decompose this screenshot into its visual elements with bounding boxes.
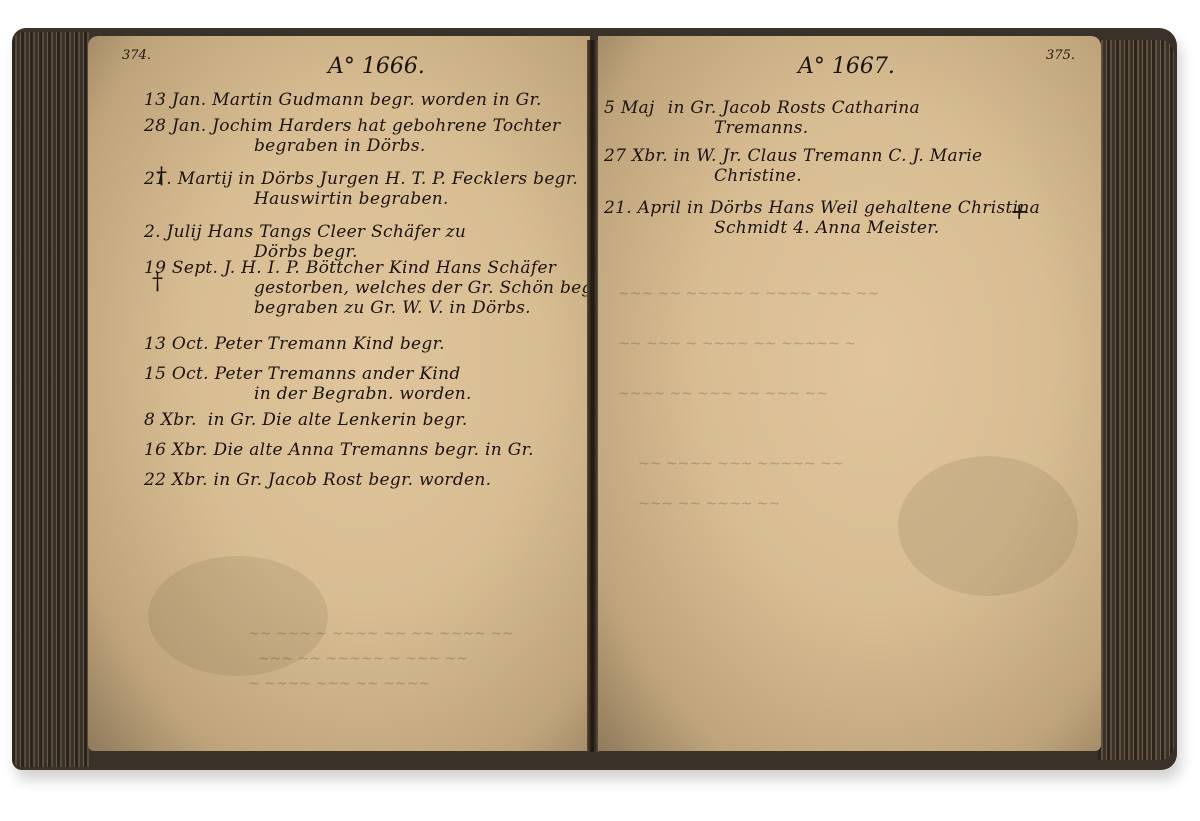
right-page-edges: [1098, 40, 1174, 760]
faded-bleed-through-text: ~~~ ~~ ~~~~ ~~: [638, 496, 780, 512]
entry-date: 2. Julij: [144, 222, 202, 242]
faded-bleed-through-text: ~~~~ ~~ ~~~ ~~ ~~~ ~~: [618, 386, 828, 402]
entry-date: 27 Xbr.: [604, 146, 668, 166]
entry-text: in Gr. Die alte Lenkerin begr.: [208, 410, 468, 430]
paper-stain: [898, 456, 1078, 596]
entry-continuation: begraben in Dörbs.: [144, 136, 560, 156]
register-entry: 2. Julij Hans Tangs Cleer Schäfer zu Dör…: [144, 222, 466, 262]
entry-continuation: begraben zu Gr. W. V. in Dörbs.: [144, 298, 590, 318]
faded-bleed-through-text: ~ ~~~~ ~~~ ~~ ~~~~: [248, 676, 430, 692]
entry-text: Peter Tremanns ander Kind: [215, 364, 461, 384]
register-entry: 16 Xbr. Die alte Anna Tremanns begr. in …: [144, 440, 534, 460]
entry-date: 21. Martij: [144, 169, 233, 189]
register-entry: 13 Oct. Peter Tremann Kind begr.: [144, 334, 445, 354]
register-entry: 15 Oct. Peter Tremanns ander Kind in der…: [144, 364, 472, 404]
entry-text: J. H. I. P. Böttcher Kind Hans Schäfer: [224, 258, 556, 278]
register-entry: 8 Xbr. in Gr. Die alte Lenkerin begr.: [144, 410, 468, 430]
entry-text: in Gr. Jacob Rost begr. worden.: [214, 470, 492, 490]
entry-date: 28 Jan.: [144, 116, 206, 136]
entry-text: Peter Tremann Kind begr.: [215, 334, 445, 354]
faded-bleed-through-text: ~~ ~~~ ~ ~~~~ ~~ ~~ ~~~~ ~~: [248, 626, 514, 642]
entry-date: 13 Oct.: [144, 334, 209, 354]
faded-bleed-through-text: ~~~ ~~ ~~~~~ ~ ~~~ ~~: [258, 651, 468, 667]
entry-continuation: gestorben, welches der Gr. Schön begr.,: [144, 278, 590, 298]
entry-date: 5 Maj: [604, 98, 662, 118]
entry-date: 19 Sept.: [144, 258, 218, 278]
left-page: 374. A° 1666. 13 Jan. Martin Gudmann beg…: [88, 36, 590, 751]
register-entry: 22 Xbr. in Gr. Jacob Rost begr. worden.: [144, 470, 491, 490]
entry-text: in W. Jr. Claus Tremann C. J. Marie: [674, 146, 983, 166]
entry-date: 16 Xbr.: [144, 440, 208, 460]
entry-text: Hans Tangs Cleer Schäfer zu: [208, 222, 466, 242]
entry-continuation: Hauswirtin begraben.: [144, 189, 578, 209]
register-entry: 28 Jan. Jochim Harders hat gebohrene Toc…: [144, 116, 560, 156]
faded-bleed-through-text: ~~ ~~~~ ~~~ ~~~~~ ~~: [638, 456, 844, 472]
entry-text: Die alte Anna Tremanns begr. in Gr.: [214, 440, 534, 460]
page-number: 375.: [1046, 48, 1075, 63]
entry-date: 8 Xbr.: [144, 410, 202, 430]
right-page: 375. A° 1667. 5 Maj in Gr. Jacob Rosts C…: [598, 36, 1101, 751]
year-heading: A° 1667.: [798, 54, 895, 79]
left-page-edges: [12, 32, 90, 767]
margin-cross-mark: +: [1010, 200, 1028, 225]
register-entry: 19 Sept. J. H. I. P. Böttcher Kind Hans …: [144, 258, 590, 318]
entry-continuation: Schmidt 4. Anna Meister.: [604, 218, 1040, 238]
entry-date: 15 Oct.: [144, 364, 209, 384]
entry-continuation: Christine.: [604, 166, 982, 186]
entry-continuation: in der Begrabn. worden.: [144, 384, 472, 404]
entry-text: Jochim Harders hat gebohrene Tochter: [212, 116, 560, 136]
faded-bleed-through-text: ~~ ~~~ ~ ~~~~ ~~ ~~~~~ ~: [618, 336, 856, 352]
entry-continuation: Tremanns.: [604, 118, 920, 138]
register-entry: 5 Maj in Gr. Jacob Rosts Catharina Trema…: [604, 98, 920, 138]
year-heading: A° 1666.: [328, 54, 425, 79]
entry-date: 13 Jan.: [144, 90, 206, 110]
register-entry: 13 Jan. Martin Gudmann begr. worden in G…: [144, 90, 542, 110]
entry-date: 22 Xbr.: [144, 470, 208, 490]
register-entry: 21. April in Dörbs Hans Weil gehaltene C…: [604, 198, 1040, 238]
entry-date: 21. April: [604, 198, 681, 218]
register-entry: 27 Xbr. in W. Jr. Claus Tremann C. J. Ma…: [604, 146, 982, 186]
entry-text: in Dörbs Hans Weil gehaltene Christina: [687, 198, 1040, 218]
entry-text: in Gr. Jacob Rosts Catharina: [668, 98, 920, 118]
faded-bleed-through-text: ~~~ ~~ ~~~~~ ~ ~~~~ ~~~ ~~: [618, 286, 879, 302]
entry-text: Martin Gudmann begr. worden in Gr.: [212, 90, 542, 110]
register-entry: 21. Martij in Dörbs Jurgen H. T. P. Feck…: [144, 169, 578, 209]
entry-text: in Dörbs Jurgen H. T. P. Fecklers begr.: [238, 169, 578, 189]
page-number: 374.: [122, 48, 151, 63]
